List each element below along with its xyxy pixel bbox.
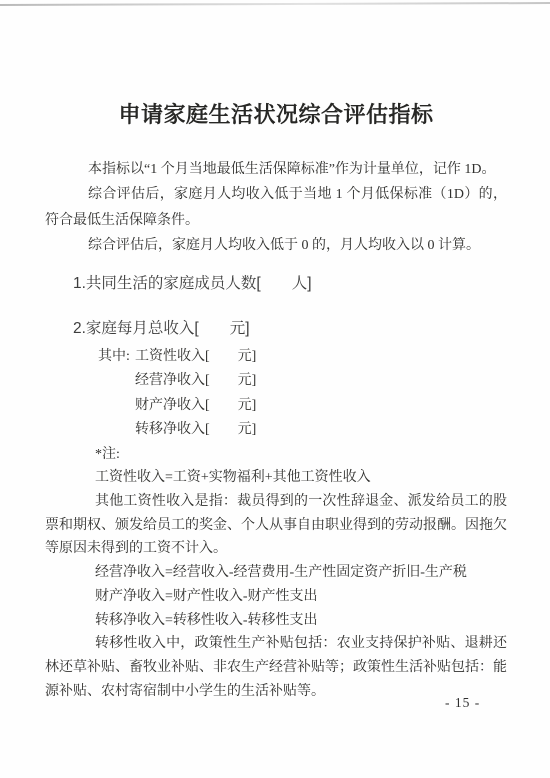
breakdown-row-transfer-income: 转移净收入[ 元] bbox=[98, 418, 507, 443]
breakdown-item-label: 经营净收入[ 元] bbox=[135, 373, 256, 388]
breakdown-row-property-income: 财产净收入[ 元] bbox=[98, 394, 507, 419]
breakdown-item-label: 财产净收入[ 元] bbox=[135, 398, 256, 413]
form-item-household-members: 1.共同生活的家庭成员人数[ 人] bbox=[73, 273, 507, 295]
breakdown-item-label: 工资性收入[ 元] bbox=[135, 349, 256, 364]
income-breakdown-list: 其中:工资性收入[ 元] 经营净收入[ 元] 财产净收入[ 元] 转移净收入[ … bbox=[45, 345, 507, 443]
breakdown-prefix: 其中: bbox=[98, 345, 135, 370]
breakdown-row-wage-income: 其中:工资性收入[ 元] bbox=[98, 345, 507, 370]
note-transfer-income-subsidies: 转移性收入中，政策性生产补贴包括：农业支持保护补贴、退耕还林还草补贴、畜牧业补贴… bbox=[45, 632, 507, 703]
intro-paragraph-eligibility: 综合评估后，家庭月人均收入低于当地 1 个月低保标准（1D）的，符合最低生活保障… bbox=[45, 182, 507, 233]
note-business-income-formula: 经营净收入=经营收入-经营费用-生产性固定资产折旧-生产税 bbox=[45, 561, 507, 585]
document-page: 申请家庭生活状况综合评估指标 本指标以“1 个月当地最低生活保障标准”作为计量单… bbox=[0, 0, 550, 778]
intro-section: 本指标以“1 个月当地最低生活保障标准”作为计量单位，记作 1D。 综合评估后，… bbox=[45, 157, 507, 259]
page-number: - 15 - bbox=[445, 695, 480, 711]
note-property-income-formula: 财产净收入=财产性收入-财产性支出 bbox=[45, 585, 507, 609]
notes-section: *注: 工资性收入=工资+实物福利+其他工资性收入 其他工资性收入是指：裁员得到… bbox=[45, 443, 507, 704]
breakdown-item-label: 转移净收入[ 元] bbox=[135, 422, 256, 437]
notes-label: *注: bbox=[45, 443, 507, 467]
intro-paragraph-zero-income: 综合评估后，家庭月人均收入低于 0 的，月人均收入以 0 计算。 bbox=[45, 233, 507, 258]
intro-paragraph-measurement-unit: 本指标以“1 个月当地最低生活保障标准”作为计量单位，记作 1D。 bbox=[45, 157, 507, 182]
page-content: 申请家庭生活状况综合评估指标 本指标以“1 个月当地最低生活保障标准”作为计量单… bbox=[0, 100, 550, 703]
scan-artifact-top-line bbox=[0, 2, 550, 5]
note-transfer-income-formula: 转移净收入=转移性收入-转移性支出 bbox=[45, 609, 507, 633]
note-wage-income-formula: 工资性收入=工资+实物福利+其他工资性收入 bbox=[45, 466, 507, 490]
note-other-wage-income-definition: 其他工资性收入是指：裁员得到的一次性辞退金、派发给员工的股票和期权、颁发给员工的… bbox=[45, 490, 507, 561]
breakdown-row-business-income: 经营净收入[ 元] bbox=[98, 369, 507, 394]
form-item-monthly-total-income: 2.家庭每月总收入[ 元] bbox=[73, 318, 507, 340]
page-title: 申请家庭生活状况综合评估指标 bbox=[45, 100, 507, 130]
